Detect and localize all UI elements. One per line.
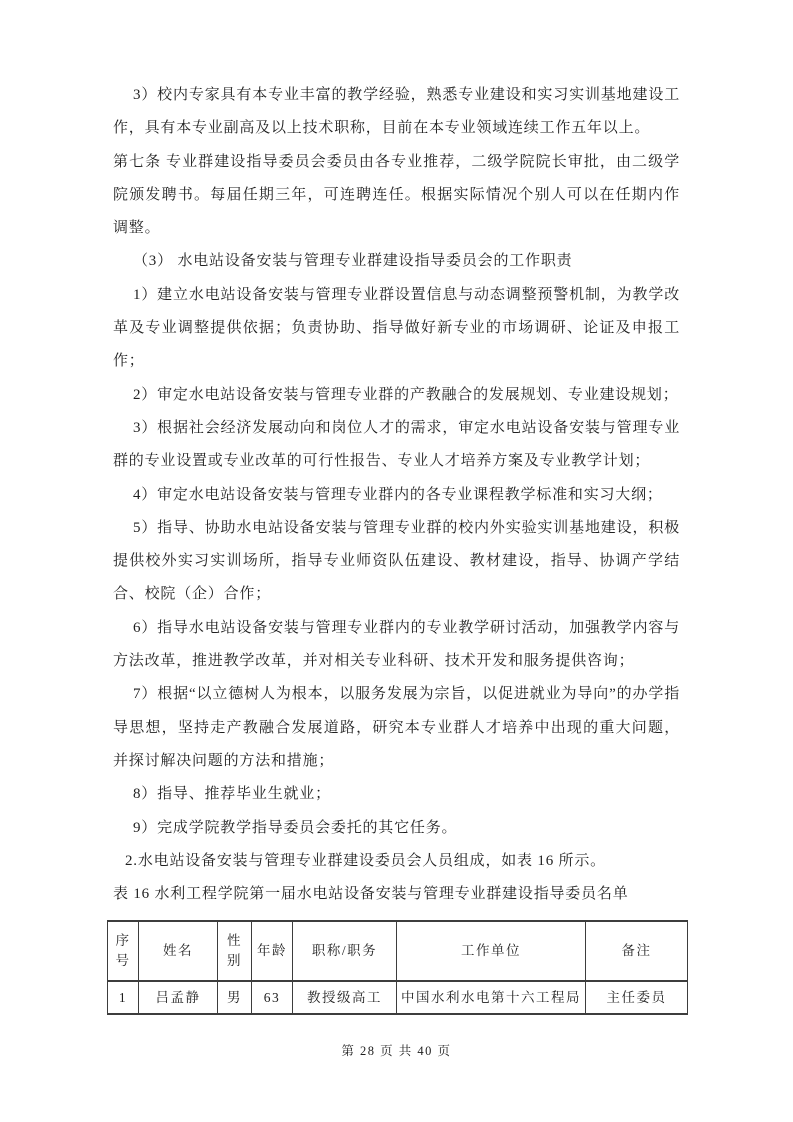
table-header-row: 序号 姓名 性别 年龄 职称/职务 工作单位 备注 bbox=[108, 921, 688, 981]
table-header-number: 序号 bbox=[108, 921, 139, 981]
table-cell-name: 吕孟静 bbox=[139, 981, 218, 1014]
page-footer: 第 28 页 共 40 页 bbox=[0, 1041, 793, 1059]
paragraph-duty-8: 8）指导、推荐毕业生就业； bbox=[113, 778, 680, 811]
paragraph-duty-3: 3）根据社会经济发展动向和岗位人才的需求，审定水电站设备安装与管理专业群的专业设… bbox=[113, 412, 680, 479]
paragraph-duty-2: 2）审定水电站设备安装与管理专业群的产教融合的发展规划、专业建设规划； bbox=[113, 379, 680, 412]
table-row: 1 吕孟静 男 63 教授级高工 中国水利水电第十六工程局 主任委员 bbox=[108, 981, 688, 1014]
table-cell-remark: 主任委员 bbox=[586, 981, 688, 1014]
committee-members-table: 序号 姓名 性别 年龄 职称/职务 工作单位 备注 1 吕孟静 男 63 教授级… bbox=[107, 920, 688, 1015]
paragraph-duty-5: 5）指导、协助水电站设备安装与管理专业群的校内外实验实训基地建设，积极提供校外实… bbox=[113, 512, 680, 612]
table-cell-title: 教授级高工 bbox=[293, 981, 397, 1014]
paragraph-duty-4: 4）审定水电站设备安装与管理专业群内的各专业课程教学标准和实习大纲； bbox=[113, 479, 680, 512]
paragraph-duty-9: 9）完成学院教学指导委员会委托的其它任务。 bbox=[113, 812, 680, 845]
table-cell-age: 63 bbox=[252, 981, 293, 1014]
paragraph-duty-1: 1）建立水电站设备安装与管理专业群设置信息与动态调整预警机制，为教学改革及专业调… bbox=[113, 279, 680, 379]
table-caption: 表 16 水利工程学院第一届水电站设备安装与管理专业群建设指导委员名单 bbox=[113, 878, 680, 911]
paragraph-article-7: 第七条 专业群建设指导委员会委员由各专业推荐，二级学院院长审批，由二级学院颁发聘… bbox=[113, 146, 680, 246]
table-cell-number: 1 bbox=[108, 981, 139, 1014]
table-header-name: 姓名 bbox=[139, 921, 218, 981]
document-content: 3）校内专家具有本专业丰富的教学经验，熟悉专业建设和实习实训基地建设工作，具有本… bbox=[113, 79, 680, 1015]
paragraph-duty-7: 7）根据“以立德树人为根本，以服务发展为宗旨，以促进就业为导向”的办学指导思想，… bbox=[113, 678, 680, 778]
paragraph-duty-6: 6）指导水电站设备安装与管理专业群内的专业教学研讨活动，加强教学内容与方法改革，… bbox=[113, 612, 680, 679]
table-header-workunit: 工作单位 bbox=[397, 921, 586, 981]
page-number: 第 28 页 共 40 页 bbox=[341, 1044, 451, 1058]
table-header-age: 年龄 bbox=[252, 921, 293, 981]
table-header-title: 职称/职务 bbox=[293, 921, 397, 981]
table-header-remark: 备注 bbox=[586, 921, 688, 981]
paragraph-members-intro: 2.水电站设备安装与管理专业群建设委员会人员组成，如表 16 所示。 bbox=[113, 845, 680, 878]
table-cell-workunit: 中国水利水电第十六工程局 bbox=[397, 981, 586, 1014]
document-page: 3）校内专家具有本专业丰富的教学经验，熟悉专业建设和实习实训基地建设工作，具有本… bbox=[0, 0, 793, 1122]
table-header-gender: 性别 bbox=[218, 921, 252, 981]
table-cell-gender: 男 bbox=[218, 981, 252, 1014]
paragraph: 3）校内专家具有本专业丰富的教学经验，熟悉专业建设和实习实训基地建设工作，具有本… bbox=[113, 79, 680, 146]
paragraph-section-3-heading: （3） 水电站设备安装与管理专业群建设指导委员会的工作职责 bbox=[113, 245, 680, 278]
